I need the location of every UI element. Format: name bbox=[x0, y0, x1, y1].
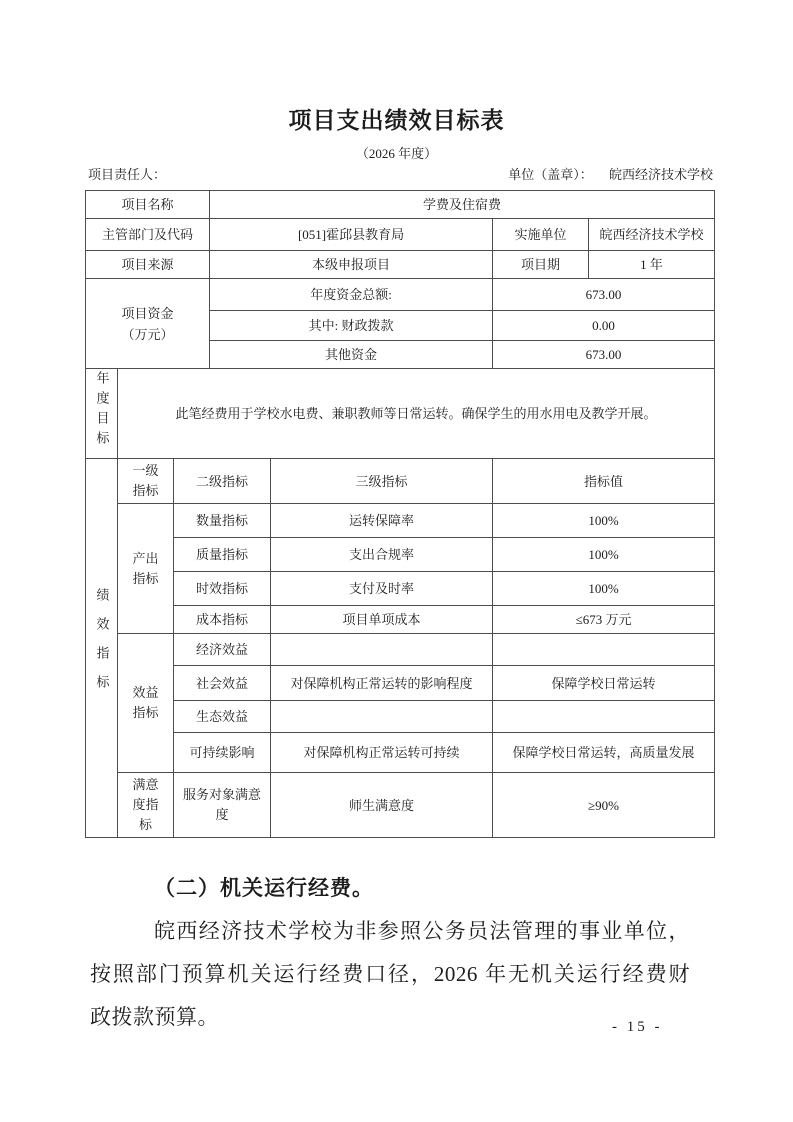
header-level1-text: 一级指标 bbox=[131, 461, 160, 501]
output-quantity-value-cell: 100% bbox=[493, 504, 715, 538]
page-subtitle: （2026 年度） bbox=[0, 143, 793, 162]
page-number: - 15 - bbox=[612, 1019, 663, 1036]
row-output-quantity: 产出指标 数量指标 运转保障率 100% bbox=[86, 504, 715, 538]
annual-goal-text-cell: 此笔经费用于学校水电费、兼职教师等日常运转。确保学生的用水用电及教学开展。 bbox=[118, 369, 715, 459]
satisfaction-l3-cell: 师生满意度 bbox=[271, 773, 493, 838]
project-name-value-cell: 学费及住宿费 bbox=[210, 191, 715, 219]
funds-other-label-cell: 其他资金 bbox=[210, 341, 493, 369]
output-quantity-l3-cell: 运转保障率 bbox=[271, 504, 493, 538]
body-paragraph-line: 皖西经济技术学校为非参照公务员法管理的事业单位， bbox=[90, 910, 690, 953]
source-value-cell: 本级申报项目 bbox=[210, 251, 493, 279]
output-group-text: 产出指标 bbox=[131, 549, 160, 589]
output-cost-l3-cell: 项目单项成本 bbox=[271, 606, 493, 634]
output-quality-value-cell: 100% bbox=[493, 538, 715, 572]
benefit-group-text: 效益指标 bbox=[131, 683, 160, 723]
body-paragraph: 皖西经济技术学校为非参照公务员法管理的事业单位， 按照部门预算机关运行经费口径，… bbox=[90, 910, 690, 1039]
dept-label-cell: 主管部门及代码 bbox=[86, 219, 210, 251]
benefit-sustainable-l3-cell: 对保障机构正常运转可持续 bbox=[271, 733, 493, 773]
output-quantity-l2-cell: 数量指标 bbox=[174, 504, 271, 538]
benefit-ecological-l3-cell bbox=[271, 701, 493, 733]
output-group-cell: 产出指标 bbox=[118, 504, 174, 634]
source-label-cell: 项目来源 bbox=[86, 251, 210, 279]
project-name-label-cell: 项目名称 bbox=[86, 191, 210, 219]
row-funds-total: 项目资金 （万元） 年度资金总额: 673.00 bbox=[86, 279, 715, 311]
benefit-ecological-value-cell bbox=[493, 701, 715, 733]
row-source: 项目来源 本级申报项目 项目期 1 年 bbox=[86, 251, 715, 279]
performance-vertical-label-cell: 绩效指标 bbox=[86, 459, 118, 838]
output-quality-l3-cell: 支出合规率 bbox=[271, 538, 493, 572]
unit-seal-value: 皖西经济技术学校 bbox=[609, 167, 713, 182]
row-benefit-ecological: 生态效益 bbox=[86, 701, 715, 733]
benefit-economic-value-cell bbox=[493, 634, 715, 666]
body-paragraph-line: 政拨款预算。 bbox=[90, 996, 690, 1039]
impl-unit-value-cell: 皖西经济技术学校 bbox=[589, 219, 715, 251]
row-output-cost: 成本指标 项目单项成本 ≤673 万元 bbox=[86, 606, 715, 634]
row-benefit-economic: 效益指标 经济效益 bbox=[86, 634, 715, 666]
output-quality-l2-cell: 质量指标 bbox=[174, 538, 271, 572]
row-dept: 主管部门及代码 [051]霍邱县教育局 实施单位 皖西经济技术学校 bbox=[86, 219, 715, 251]
funds-total-label-cell: 年度资金总额: bbox=[210, 279, 493, 311]
funds-fiscal-value-cell: 0.00 bbox=[493, 311, 715, 341]
annual-goal-vertical-label: 年度目标 bbox=[93, 371, 111, 451]
performance-target-table: 项目名称 学费及住宿费 主管部门及代码 [051]霍邱县教育局 实施单位 皖西经… bbox=[85, 190, 715, 838]
benefit-sustainable-value-cell: 保障学校日常运转，高质量发展 bbox=[493, 733, 715, 773]
row-output-timeliness: 时效指标 支付及时率 100% bbox=[86, 572, 715, 606]
header-level2-cell: 二级指标 bbox=[174, 459, 271, 504]
performance-vertical-label: 绩效指标 bbox=[93, 588, 111, 704]
funds-total-value-cell: 673.00 bbox=[493, 279, 715, 311]
satisfaction-l2-text: 服务对象满意度 bbox=[182, 785, 263, 825]
document-page: 项目支出绩效目标表 （2026 年度） 项目责任人： 单位（盖章）： 皖西经济技… bbox=[0, 0, 793, 1122]
funds-label-line2: （万元） bbox=[90, 324, 205, 345]
funds-label-cell: 项目资金 （万元） bbox=[86, 279, 210, 369]
satisfaction-group-cell: 满意度指标 bbox=[118, 773, 174, 838]
section-heading: （二）机关运行经费。 bbox=[90, 872, 700, 902]
header-level1-cell: 一级指标 bbox=[118, 459, 174, 504]
row-benefit-social: 社会效益 对保障机构正常运转的影响程度 保障学校日常运转 bbox=[86, 666, 715, 701]
page-title: 项目支出绩效目标表 bbox=[0, 102, 793, 135]
benefit-economic-l2-cell: 经济效益 bbox=[174, 634, 271, 666]
row-benefit-sustainable: 可持续影响 对保障机构正常运转可持续 保障学校日常运转，高质量发展 bbox=[86, 733, 715, 773]
period-value-cell: 1 年 bbox=[589, 251, 715, 279]
funds-fiscal-label-cell: 其中: 财政拨款 bbox=[210, 311, 493, 341]
funds-label-line1: 项目资金 bbox=[90, 303, 205, 324]
row-project-name: 项目名称 学费及住宿费 bbox=[86, 191, 715, 219]
benefit-group-cell: 效益指标 bbox=[118, 634, 174, 773]
satisfaction-value-cell: ≥90% bbox=[493, 773, 715, 838]
benefit-ecological-l2-cell: 生态效益 bbox=[174, 701, 271, 733]
output-timeliness-value-cell: 100% bbox=[493, 572, 715, 606]
unit-group: 单位（盖章）： 皖西经济技术学校 bbox=[508, 164, 713, 183]
dept-value-cell: [051]霍邱县教育局 bbox=[210, 219, 493, 251]
body-paragraph-line: 按照部门预算机关运行经费口径，2026 年无机关运行经费财 bbox=[90, 953, 690, 996]
benefit-sustainable-l2-cell: 可持续影响 bbox=[174, 733, 271, 773]
row-satisfaction: 满意度指标 服务对象满意度 师生满意度 ≥90% bbox=[86, 773, 715, 838]
header-value-cell: 指标值 bbox=[493, 459, 715, 504]
satisfaction-group-text: 满意度指标 bbox=[131, 775, 160, 835]
period-label-cell: 项目期 bbox=[493, 251, 589, 279]
output-cost-l2-cell: 成本指标 bbox=[174, 606, 271, 634]
responsible-person-label: 项目责任人： bbox=[88, 164, 166, 183]
row-annual-goal: 年度目标 此笔经费用于学校水电费、兼职教师等日常运转。确保学生的用水用电及教学开… bbox=[86, 369, 715, 459]
meta-row: 项目责任人： 单位（盖章）： 皖西经济技术学校 bbox=[88, 164, 713, 183]
benefit-economic-l3-cell bbox=[271, 634, 493, 666]
output-timeliness-l2-cell: 时效指标 bbox=[174, 572, 271, 606]
row-indicator-header: 绩效指标 一级指标 二级指标 三级指标 指标值 bbox=[86, 459, 715, 504]
benefit-social-l3-cell: 对保障机构正常运转的影响程度 bbox=[271, 666, 493, 701]
satisfaction-l2-cell: 服务对象满意度 bbox=[174, 773, 271, 838]
row-output-quality: 质量指标 支出合规率 100% bbox=[86, 538, 715, 572]
funds-other-value-cell: 673.00 bbox=[493, 341, 715, 369]
unit-seal-label: 单位（盖章）： bbox=[508, 167, 593, 182]
output-cost-value-cell: ≤673 万元 bbox=[493, 606, 715, 634]
benefit-social-value-cell: 保障学校日常运转 bbox=[493, 666, 715, 701]
annual-goal-vertical-label-cell: 年度目标 bbox=[86, 369, 118, 459]
impl-unit-label-cell: 实施单位 bbox=[493, 219, 589, 251]
output-timeliness-l3-cell: 支付及时率 bbox=[271, 572, 493, 606]
header-level3-cell: 三级指标 bbox=[271, 459, 493, 504]
benefit-social-l2-cell: 社会效益 bbox=[174, 666, 271, 701]
